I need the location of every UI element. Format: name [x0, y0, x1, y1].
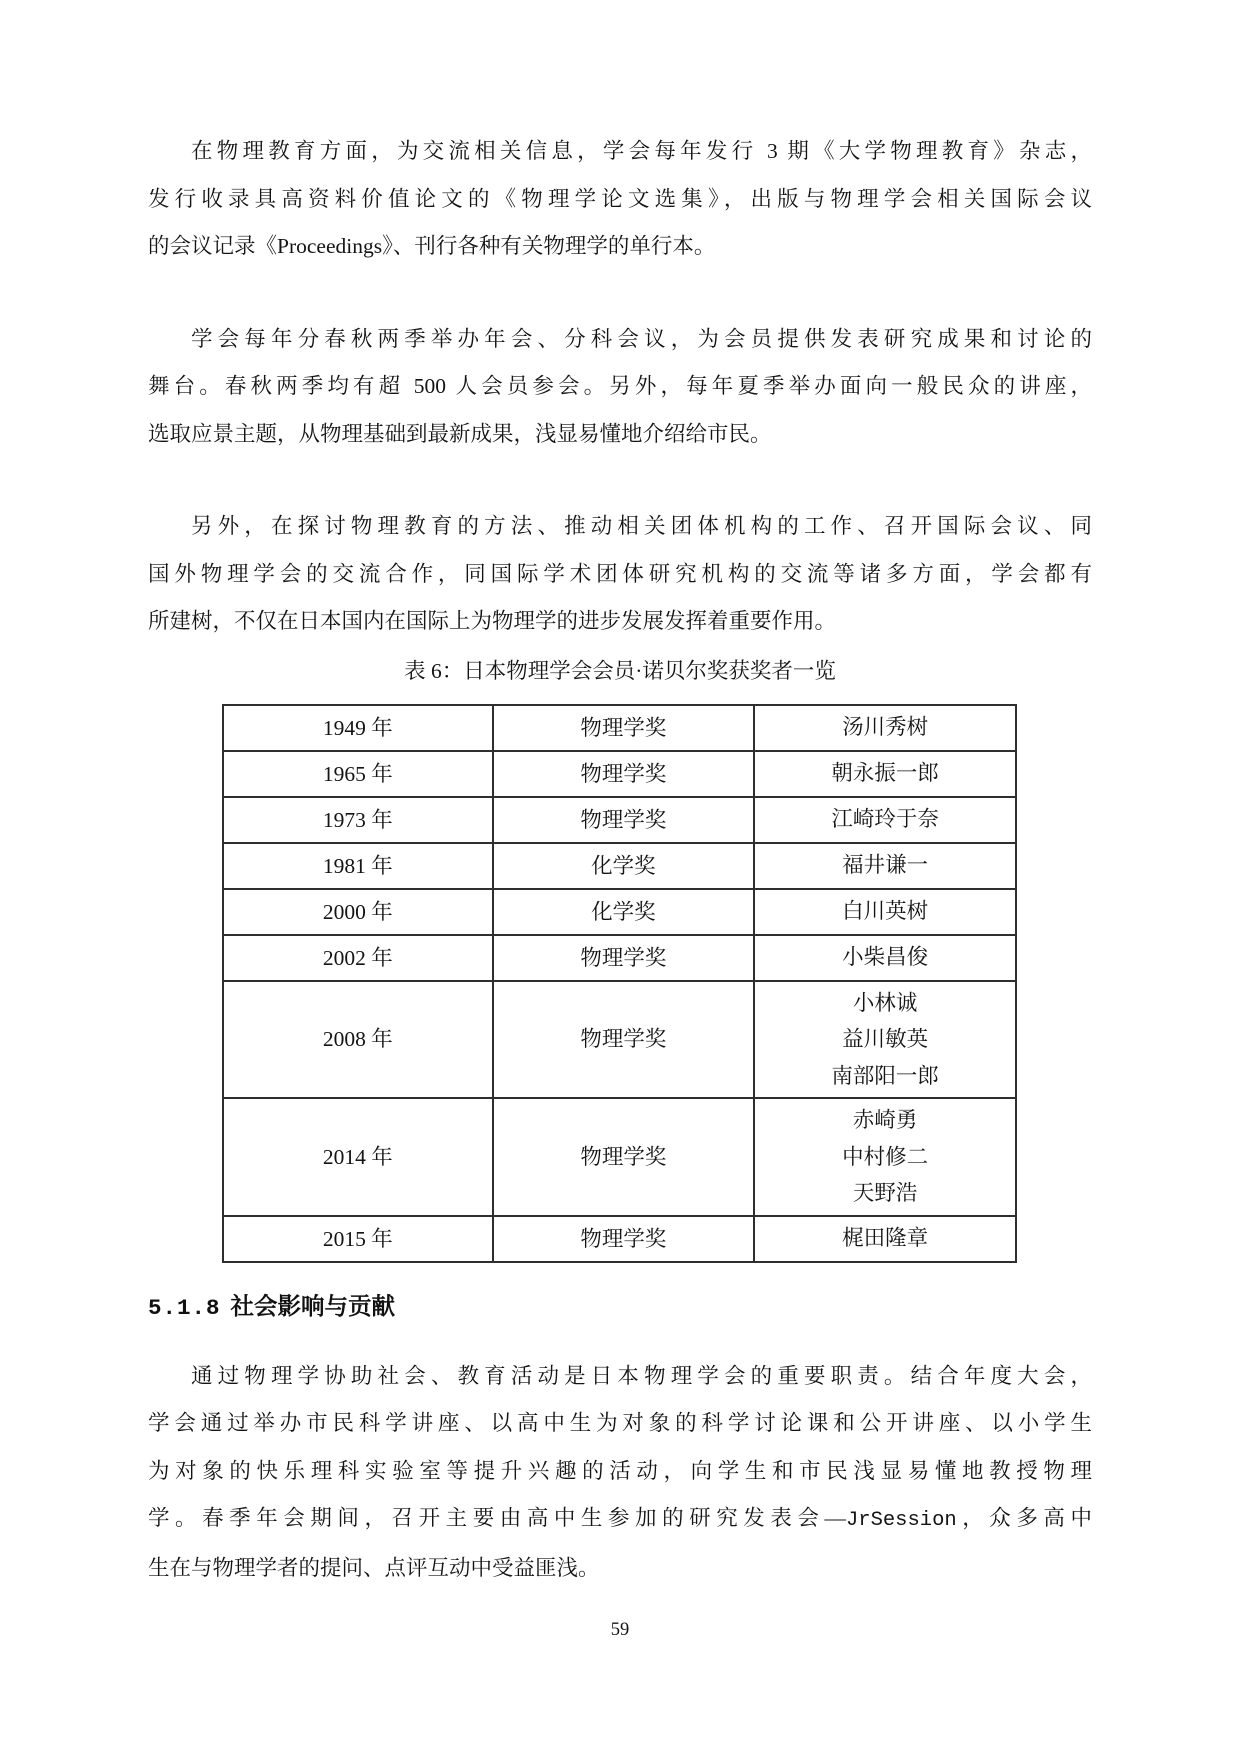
year-cell: 1965 年 [223, 751, 493, 797]
paragraph: 在物理教育方面，为交流相关信息，学会每年发行 3 期《大学物理教育》杂志，发行收… [148, 128, 1092, 271]
prize-cell: 物理学奖 [493, 981, 755, 1099]
laureate-name: 汤川秀树 [755, 709, 1015, 746]
text-column: 在物理教育方面，为交流相关信息，学会每年发行 3 期《大学物理教育》杂志，发行收… [148, 128, 1092, 1592]
laureates-cell: 梶田隆章 [754, 1216, 1016, 1262]
laureate-name: 白川英树 [755, 893, 1015, 930]
document-page: 在物理教育方面，为交流相关信息，学会每年发行 3 期《大学物理教育》杂志，发行收… [0, 0, 1240, 1753]
prize-cell: 物理学奖 [493, 1216, 755, 1262]
section-title: 社会影响与贡献 [231, 1293, 396, 1319]
paragraph: 通过物理学协助社会、教育活动是日本物理学会的重要职责。结合年度大会，学会通过举办… [148, 1353, 1092, 1593]
page-number: 59 [0, 1620, 1240, 1641]
table-row: 1949 年物理学奖汤川秀树 [223, 705, 1016, 751]
year-cell: 2008 年 [223, 981, 493, 1099]
section-heading: 5.1.8社会影响与贡献 [148, 1289, 1092, 1325]
laureates-cell: 小柴昌俊 [754, 935, 1016, 981]
year-cell: 2002 年 [223, 935, 493, 981]
prize-cell: 物理学奖 [493, 705, 755, 751]
table-row: 2000 年化学奖白川英树 [223, 889, 1016, 935]
nobel-table-body: 1949 年物理学奖汤川秀树1965 年物理学奖朝永振一郎1973 年物理学奖江… [223, 705, 1016, 1262]
paragraph-line: 发行收录具高资料价值论文的《物理学论文选集》，出版与物理学会相关国际会议 [148, 176, 1092, 224]
nobel-laureates-table: 1949 年物理学奖汤川秀树1965 年物理学奖朝永振一郎1973 年物理学奖江… [222, 704, 1017, 1263]
table-row: 1981 年化学奖福井谦一 [223, 843, 1016, 889]
paragraph-line: 学会通过举办市民科学讲座、以高中生为对象的科学讨论课和公开讲座、以小学生 [148, 1400, 1092, 1448]
laureate-name: 赤崎勇 [755, 1102, 1015, 1139]
table-row: 1965 年物理学奖朝永振一郎 [223, 751, 1016, 797]
intro-paragraphs: 在物理教育方面，为交流相关信息，学会每年发行 3 期《大学物理教育》杂志，发行收… [148, 128, 1092, 646]
mono-term: JrSession [846, 1509, 957, 1532]
paragraph-line: 生在与物理学者的提问、点评互动中受益匪浅。 [148, 1545, 1092, 1593]
year-cell: 2014 年 [223, 1098, 493, 1216]
table-row: 2002 年物理学奖小柴昌俊 [223, 935, 1016, 981]
laureate-name: 南部阳一郎 [755, 1058, 1015, 1095]
table-caption: 表 6：日本物理学会会员·诺贝尔奖获奖者一览 [148, 654, 1092, 688]
prize-cell: 化学奖 [493, 889, 755, 935]
laureate-name: 天野浩 [755, 1175, 1015, 1212]
table-row: 2014 年物理学奖赤崎勇中村修二天野浩 [223, 1098, 1016, 1216]
paragraph-line: 选取应景主题，从物理基础到最新成果，浅显易懂地介绍给市民。 [148, 411, 1092, 459]
laureate-name: 福井谦一 [755, 847, 1015, 884]
prize-cell: 物理学奖 [493, 935, 755, 981]
laureate-name: 朝永振一郎 [755, 755, 1015, 792]
prize-cell: 物理学奖 [493, 751, 755, 797]
table-row: 2015 年物理学奖梶田隆章 [223, 1216, 1016, 1262]
paragraph-line: 所建树，不仅在日本国内在国际上为物理学的进步发展发挥着重要作用。 [148, 598, 1092, 646]
year-cell: 1973 年 [223, 797, 493, 843]
paragraph: 另外，在探讨物理教育的方法、推动相关团体机构的工作、召开国际会议、同国外物理学会… [148, 503, 1092, 646]
paragraph-line: 在物理教育方面，为交流相关信息，学会每年发行 3 期《大学物理教育》杂志， [148, 128, 1092, 176]
paragraph: 学会每年分春秋两季举办年会、分科会议，为会员提供发表研究成果和讨论的舞台。春秋两… [148, 316, 1092, 459]
closing-paragraphs: 通过物理学协助社会、教育活动是日本物理学会的重要职责。结合年度大会，学会通过举办… [148, 1353, 1092, 1593]
prize-cell: 物理学奖 [493, 1098, 755, 1216]
laureate-name: 江崎玲于奈 [755, 801, 1015, 838]
laureates-cell: 江崎玲于奈 [754, 797, 1016, 843]
year-cell: 1949 年 [223, 705, 493, 751]
paragraph-line: 学。春季年会期间，召开主要由高中生参加的研究发表会—JrSession，众多高中 [148, 1495, 1092, 1545]
laureates-cell: 福井谦一 [754, 843, 1016, 889]
laureate-name: 梶田隆章 [755, 1220, 1015, 1257]
laureates-cell: 赤崎勇中村修二天野浩 [754, 1098, 1016, 1216]
laureate-name: 小柴昌俊 [755, 939, 1015, 976]
table-row: 2008 年物理学奖小林诚益川敏英南部阳一郎 [223, 981, 1016, 1099]
paragraph-line: 另外，在探讨物理教育的方法、推动相关团体机构的工作、召开国际会议、同 [148, 503, 1092, 551]
paragraph-line: 学会每年分春秋两季举办年会、分科会议，为会员提供发表研究成果和讨论的 [148, 316, 1092, 364]
laureates-cell: 汤川秀树 [754, 705, 1016, 751]
laureate-name: 小林诚 [755, 985, 1015, 1022]
laureate-name: 中村修二 [755, 1139, 1015, 1176]
paragraph-line: 的会议记录《Proceedings》、刊行各种有关物理学的单行本。 [148, 223, 1092, 271]
table-row: 1973 年物理学奖江崎玲于奈 [223, 797, 1016, 843]
paragraph-line: 国外物理学会的交流合作，同国际学术团体研究机构的交流等诸多方面，学会都有 [148, 551, 1092, 599]
year-cell: 2015 年 [223, 1216, 493, 1262]
prize-cell: 化学奖 [493, 843, 755, 889]
laureate-name: 益川敏英 [755, 1021, 1015, 1058]
paragraph-line: 通过物理学协助社会、教育活动是日本物理学会的重要职责。结合年度大会， [148, 1353, 1092, 1401]
laureates-cell: 白川英树 [754, 889, 1016, 935]
paragraph-line: 为对象的快乐理科实验室等提升兴趣的活动，向学生和市民浅显易懂地教授物理 [148, 1448, 1092, 1496]
year-cell: 2000 年 [223, 889, 493, 935]
paragraph-line: 舞台。春秋两季均有超 500 人会员参会。另外，每年夏季举办面向一般民众的讲座， [148, 363, 1092, 411]
laureates-cell: 朝永振一郎 [754, 751, 1016, 797]
section-number: 5.1.8 [148, 1295, 221, 1321]
year-cell: 1981 年 [223, 843, 493, 889]
prize-cell: 物理学奖 [493, 797, 755, 843]
laureates-cell: 小林诚益川敏英南部阳一郎 [754, 981, 1016, 1099]
